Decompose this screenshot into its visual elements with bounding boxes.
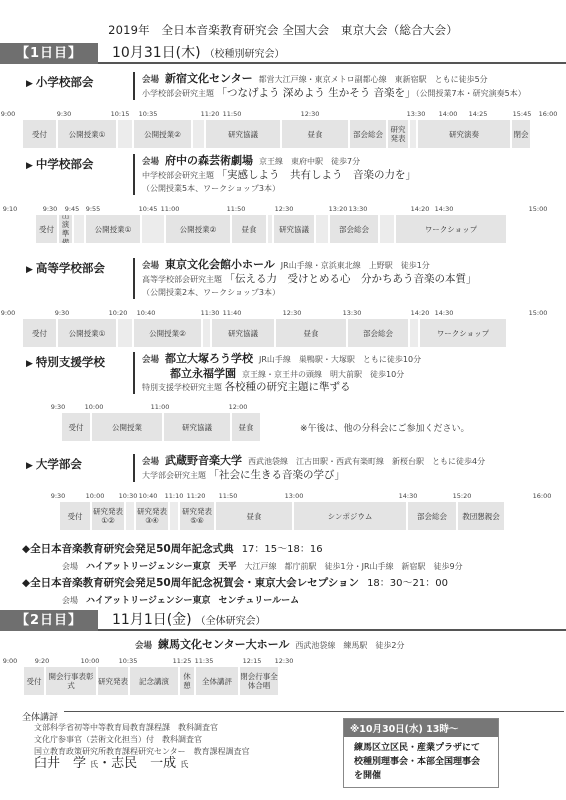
schedule-segment: 部会総会 xyxy=(330,215,380,243)
day2-subtitle: （全体研究会） xyxy=(196,616,266,627)
schedule-segment: 部会総会 xyxy=(350,120,388,148)
time-ticks: 9:009:3010:1510:3511:2011:5012:3013:3014… xyxy=(0,110,566,120)
schedule-gap xyxy=(126,502,136,530)
lecture-title-line: 文部科学省初等中等教育局教育課程課 教科調査官 xyxy=(34,722,250,734)
time-tick: 10:20 xyxy=(109,309,128,317)
time-tick: 10:45 xyxy=(139,205,158,213)
section-info: 会場新宿文化センター都営大江戸線・東京メトロ副都心線 東新宿駅 ともに徒歩5分小… xyxy=(133,72,526,100)
schedule-segment: 昼食 xyxy=(276,319,348,347)
lecture-names: 臼井 学 氏・志民 一成 氏 xyxy=(34,758,250,771)
schedule-segment: 部会総会 xyxy=(348,319,410,347)
theme-text: 各校種の研究主題に準ずる xyxy=(225,381,351,393)
event-reception: ◆全日本音楽教育研究会発足50周年記念祝賀会・東京大会レセプション18：30～2… xyxy=(22,574,552,606)
time-tick: 10:35 xyxy=(119,657,138,665)
schedule-segment: 公開授業① xyxy=(58,120,118,148)
schedule-segment: 公開授業① xyxy=(86,215,142,243)
theme-text: 「社会に生きる音楽の学び」 xyxy=(209,469,346,481)
day1-subtitle: （校種別研究会） xyxy=(205,49,285,60)
time-tick: 15:00 xyxy=(529,309,548,317)
event-title-text: ◆全日本音楽教育研究会発足50周年記念祝賀会・東京大会レセプション xyxy=(22,577,359,589)
schedule-segment: 閉会 xyxy=(512,120,532,148)
venue-name: 府中の森芸術劇場 xyxy=(165,154,253,167)
schedule-gap xyxy=(316,215,330,243)
venue-label: 会場 xyxy=(135,641,152,651)
event-ceremony: ◆全日本音楽教育研究会発足50周年記念式典17：15～18：16 会場 ハイアッ… xyxy=(22,540,552,572)
event-time: 17：15～18：16 xyxy=(242,544,323,555)
section-info: 会場府中の森芸術劇場京王線 東府中駅 徒歩7分中学校部会研究主題 「実感しよう … xyxy=(133,154,416,195)
time-tick: 9:55 xyxy=(86,205,101,213)
schedule-segment: ワークショップ xyxy=(420,319,508,347)
time-tick: 14:30 xyxy=(399,492,418,500)
schedule-track: 受付開会行事表彰式研究発表記念講演休憩全体講評閉会行事全体合唱 xyxy=(0,667,566,695)
schedule-segment: 研究演奏 xyxy=(418,120,512,148)
theme-note: （公開授業2本、ワークショップ3本） xyxy=(142,286,477,299)
venue-label: 会場 xyxy=(142,157,159,167)
section-title: ▶特別支援学校 xyxy=(26,354,105,370)
theme-line: 小学校部会研究主題 「つなげよう 深めよう 生かそう 音楽を」（公開授業7本・研… xyxy=(142,87,526,100)
day2-date-text: 11月1日(金) xyxy=(112,612,192,628)
schedule-gap xyxy=(410,120,418,148)
venue-label: 会場 xyxy=(62,562,78,571)
schedule-segment: 記念講演 xyxy=(130,667,180,695)
lecturer-name: 臼井 学 xyxy=(34,756,86,771)
section-name: 高等学校部会 xyxy=(36,261,105,275)
time-tick: 9:30 xyxy=(51,403,66,411)
schedule-gap xyxy=(142,215,166,243)
theme-text: 「伝える力 受けとめる心 分かちあう音楽の本質」 xyxy=(225,273,477,285)
lecture-heading-row: 全体講評 xyxy=(22,705,562,719)
venue-access: JR山手線・京浜東北線 上野駅 徒歩1分 xyxy=(281,261,430,270)
day1-tag: 【1日目】 xyxy=(0,43,98,64)
venue-line: 会場都立大塚ろう学校JR山手線 巣鴨駅・大塚駅 ともに徒歩10分 xyxy=(142,352,421,367)
theme-label: 高等学校部会研究主題 xyxy=(142,275,222,284)
venue-access: 京王線・京王井の頭線 明大前駅 徒歩10分 xyxy=(242,370,404,379)
schedule-segment: 閉会行事全体合唱 xyxy=(240,667,280,695)
time-tick: 14:00 xyxy=(439,110,458,118)
venue-access: 京王線 東府中駅 徒歩7分 xyxy=(259,157,360,166)
divider xyxy=(98,629,566,631)
time-tick: 11:50 xyxy=(219,492,238,500)
schedule-segment: 研究発表 xyxy=(388,120,410,148)
schedule-segment: 公開授業② xyxy=(166,215,232,243)
time-tick: 9:30 xyxy=(57,110,72,118)
day2-tag: 【2日目】 xyxy=(0,610,98,631)
schedule-segment: 研究協議 xyxy=(206,120,282,148)
theme-line: 高等学校部会研究主題 「伝える力 受けとめる心 分かちあう音楽の本質」 xyxy=(142,273,477,286)
schedule-gap xyxy=(380,215,396,243)
venue-name: 都立永福学園 xyxy=(170,367,236,380)
section-note: ※午後は、他の分科会にご参加ください。 xyxy=(300,421,470,434)
schedule-segment: 研究発表③④ xyxy=(136,502,170,530)
theme-text: 「実感しよう 共有しよう 音楽の力を」 xyxy=(217,169,417,181)
venue-label: 会場 xyxy=(142,75,159,85)
schedule-track: 受付公開授業①公開授業②研究協議昼食部会総会研究発表研究演奏閉会 xyxy=(0,120,566,148)
time-tick: 12:15 xyxy=(243,657,262,665)
time-tick: 13:30 xyxy=(407,110,426,118)
schedule-segment: 受付 xyxy=(24,667,46,695)
time-tick: 10:00 xyxy=(86,492,105,500)
schedule-track: 受付公開授業研究協議昼食 xyxy=(0,413,566,441)
time-tick: 14:20 xyxy=(411,205,430,213)
schedule-segment: 公開授業① xyxy=(58,319,118,347)
time-tick: 10:35 xyxy=(139,110,158,118)
time-tick: 9:20 xyxy=(35,657,50,665)
notice-line: 練馬区立区民・産業プラザにて xyxy=(354,741,488,755)
event-venue: 会場 ハイアットリージェンシー東京 センチュリールーム xyxy=(62,593,552,606)
schedule-segment: 開会行事表彰式 xyxy=(46,667,98,695)
schedule-segment: 昼食 xyxy=(232,413,262,441)
theme-label: 中学校部会研究主題 xyxy=(142,171,214,180)
venue-room: 天平 xyxy=(219,562,237,572)
venue-name: 東京文化会館小ホール xyxy=(165,258,275,271)
schedule-segment: 研究協議 xyxy=(164,413,232,441)
venue-name: 武蔵野音楽大学 xyxy=(165,454,242,467)
venue-access: JR山手線 巣鴨駅・大塚駅 ともに徒歩10分 xyxy=(259,355,421,364)
time-tick: 13:30 xyxy=(349,205,368,213)
venue-label: 会場 xyxy=(142,261,159,271)
schedule-segment: 受付 xyxy=(23,120,58,148)
time-tick: 14:30 xyxy=(435,309,454,317)
event-title: ◆全日本音楽教育研究会発足50周年記念式典17：15～18：16 xyxy=(22,540,552,556)
venue-access: 西武池袋線 練馬駅 徒歩2分 xyxy=(295,641,404,650)
divider xyxy=(98,62,566,64)
day1-date-text: 10月31日(木) xyxy=(112,45,201,61)
separator: ・ xyxy=(98,756,111,771)
section-title: ▶中学校部会 xyxy=(26,156,93,172)
section-name: 特別支援学校 xyxy=(36,355,105,369)
time-tick: 11:10 xyxy=(165,492,184,500)
theme-note: （公開授業5本、ワークショップ3本） xyxy=(142,182,416,195)
time-tick: 16:00 xyxy=(533,492,552,500)
schedule-segment: 受付 xyxy=(60,502,92,530)
time-tick: 9:45 xyxy=(65,205,80,213)
venue-line: 会場武蔵野音楽大学西武池袋線 江古田駅・西武有楽町線 新桜台駅 ともに徒歩4分 xyxy=(142,454,485,469)
time-tick: 11:20 xyxy=(187,492,206,500)
venue-access: 西武池袋線 江古田駅・西武有楽町線 新桜台駅 ともに徒歩4分 xyxy=(248,457,485,466)
time-tick: 11:00 xyxy=(161,205,180,213)
notice-box: ※10月30日(水) 13時～ 練馬区立区民・産業プラザにて 校種別理事会・本部… xyxy=(343,718,499,788)
triangle-icon: ▶ xyxy=(26,265,33,275)
time-tick: 9:00 xyxy=(3,657,18,665)
triangle-icon: ▶ xyxy=(26,161,33,171)
time-tick: 10:40 xyxy=(139,492,158,500)
venue-name: 練馬文化センター大ホール xyxy=(158,638,289,651)
schedule-segment: 教団懇親会 xyxy=(458,502,506,530)
triangle-icon: ▶ xyxy=(26,79,33,89)
venue-room: センチュリールーム xyxy=(219,596,300,606)
time-tick: 10:30 xyxy=(119,492,138,500)
venue-line: 会場新宿文化センター都営大江戸線・東京メトロ副都心線 東新宿駅 ともに徒歩5分 xyxy=(142,72,526,87)
schedule-gap xyxy=(118,319,134,347)
theme-label: 小学校部会研究主題 xyxy=(142,89,214,98)
schedule-segment: 研究協議 xyxy=(212,319,276,347)
time-tick: 12:30 xyxy=(283,309,302,317)
schedule-segment: 公開授業 xyxy=(92,413,164,441)
time-ticks: 9:009:3010:2010:4011:3011:4012:3013:3014… xyxy=(0,309,566,319)
time-tick: 10:15 xyxy=(111,110,130,118)
schedule-gap xyxy=(74,215,86,243)
section-title: ▶高等学校部会 xyxy=(26,260,105,276)
schedule-segment: 公開授業② xyxy=(134,319,203,347)
time-tick: 12:30 xyxy=(301,110,320,118)
time-tick: 9:30 xyxy=(43,205,58,213)
theme-label: 大学部会研究主題 xyxy=(142,471,206,480)
schedule-segment: 研究発表⑤⑥ xyxy=(180,502,216,530)
lecture-title-line: 文化庁参事官（芸術文化担当）付 教科調査官 xyxy=(34,734,250,746)
time-ticks: 9:3010:0011:0012:00 xyxy=(0,403,566,413)
time-tick: 11:35 xyxy=(195,657,214,665)
time-tick: 10:40 xyxy=(137,309,156,317)
event-title: ◆全日本音楽教育研究会発足50周年記念祝賀会・東京大会レセプション18：30～2… xyxy=(22,574,552,590)
time-tick: 11:50 xyxy=(223,110,242,118)
venue-name: 新宿文化センター xyxy=(165,72,253,85)
time-tick: 13:00 xyxy=(285,492,304,500)
schedule-segment: シンポジウム xyxy=(294,502,408,530)
time-tick: 14:30 xyxy=(435,205,454,213)
theme-text: 「つなげよう 深めよう 生かそう 音楽を」 xyxy=(217,87,416,99)
section-name: 小学校部会 xyxy=(36,75,94,89)
time-tick: 9:30 xyxy=(51,492,66,500)
venue-label: 会場 xyxy=(62,596,78,605)
schedule-segment: 昼食 xyxy=(282,120,350,148)
time-tick: 11:50 xyxy=(227,205,246,213)
time-tick: 10:00 xyxy=(85,403,104,411)
section-title: ▶小学校部会 xyxy=(26,74,93,90)
section-info: 会場東京文化会館小ホールJR山手線・京浜東北線 上野駅 徒歩1分高等学校部会研究… xyxy=(133,258,477,299)
time-tick: 15:00 xyxy=(529,205,548,213)
schedule-segment: 公開授業② xyxy=(134,120,193,148)
notice-line: 校種別理事会・本部全国理事会を開催 xyxy=(354,755,488,783)
schedule-segment: 研究協議 xyxy=(274,215,316,243)
time-tick: 11:00 xyxy=(151,403,170,411)
venue-name: ハイアットリージェンシー東京 xyxy=(86,562,211,572)
triangle-icon: ▶ xyxy=(26,461,33,471)
time-tick: 12:30 xyxy=(275,657,294,665)
honorific: 氏 xyxy=(180,760,188,769)
lecturer-name: 志民 一成 xyxy=(111,756,176,771)
schedule-gap xyxy=(118,120,134,148)
schedule-segment: 研究発表 xyxy=(98,667,130,695)
event-time: 18：30～21：00 xyxy=(367,578,448,589)
time-tick: 9:00 xyxy=(1,309,16,317)
schedule-segment: ワークショップ xyxy=(396,215,508,243)
venue-access: 大江戸線 都庁前駅 徒歩1分・JR山手線 新宿駅 徒歩9分 xyxy=(245,562,463,571)
venue-line: 会場府中の森芸術劇場京王線 東府中駅 徒歩7分 xyxy=(142,154,416,169)
theme-line: 特別支援学校研究主題 各校種の研究主題に準ずる xyxy=(142,381,421,394)
schedule-track: 受付公開授業①公開授業②研究協議昼食部会総会ワークショップ xyxy=(0,319,566,347)
time-tick: 15:45 xyxy=(513,110,532,118)
schedule-segment: 部会総会 xyxy=(408,502,458,530)
section-name: 大学部会 xyxy=(36,457,82,471)
schedule-segment: 出演準備 xyxy=(59,215,74,243)
time-tick: 12:30 xyxy=(275,205,294,213)
time-tick: 14:20 xyxy=(411,309,430,317)
schedule-segment: 受付 xyxy=(62,413,92,441)
schedule-track: 受付出演準備公開授業①公開授業②昼食研究協議部会総会ワークショップ xyxy=(0,215,566,243)
time-tick: 9:10 xyxy=(3,205,18,213)
time-tick: 13:30 xyxy=(343,309,362,317)
day2-date: 11月1日(金)（全体研究会） xyxy=(112,610,266,631)
venue-line-2: 都立永福学園京王線・京王井の頭線 明大前駅 徒歩10分 xyxy=(142,367,421,381)
time-tick: 9:30 xyxy=(55,309,70,317)
venue-access: 都営大江戸線・東京メトロ副都心線 東新宿駅 ともに徒歩5分 xyxy=(259,75,488,84)
day1-date: 10月31日(木)（校種別研究会） xyxy=(112,43,285,64)
time-tick: 14:25 xyxy=(469,110,488,118)
section-name: 中学校部会 xyxy=(36,157,94,171)
time-tick: 12:00 xyxy=(229,403,248,411)
schedule-track: 受付研究発表①②研究発表③④研究発表⑤⑥昼食シンポジウム部会総会教団懇親会 xyxy=(0,502,566,530)
schedule-segment: 全体講評 xyxy=(196,667,240,695)
time-tick: 10:00 xyxy=(81,657,100,665)
day1-header: 【1日目】 10月31日(木)（校種別研究会） xyxy=(0,43,566,64)
day2-venue: 会場練馬文化センター大ホール西武池袋線 練馬駅 徒歩2分 xyxy=(128,638,404,653)
schedule-gap xyxy=(203,319,212,347)
section-info: 会場都立大塚ろう学校JR山手線 巣鴨駅・大塚駅 ともに徒歩10分都立永福学園京王… xyxy=(133,352,421,394)
notice-heading: ※10月30日(水) 13時～ xyxy=(344,719,498,737)
schedule-gap xyxy=(410,319,420,347)
section-info: 会場武蔵野音楽大学西武池袋線 江古田駅・西武有楽町線 新桜台駅 ともに徒歩4分大… xyxy=(133,454,485,482)
schedule-segment: 受付 xyxy=(23,319,58,347)
schedule-segment: 昼食 xyxy=(232,215,268,243)
schedule-gap xyxy=(193,120,206,148)
event-title-text: ◆全日本音楽教育研究会発足50周年記念式典 xyxy=(22,543,234,555)
venue-name: 都立大塚ろう学校 xyxy=(165,352,253,365)
time-tick: 15:20 xyxy=(453,492,472,500)
venue-label: 会場 xyxy=(142,355,159,365)
theme-line: 中学校部会研究主題 「実感しよう 共有しよう 音楽の力を」 xyxy=(142,169,416,182)
time-tick: 11:40 xyxy=(223,309,242,317)
lecture-titles: 文部科学省初等中等教育局教育課程課 教科調査官 文化庁参事官（芸術文化担当）付 … xyxy=(34,722,250,771)
schedule-gap xyxy=(170,502,180,530)
page-title: 2019年 全日本音楽教育研究会 全国大会 東京大会（総合大会） xyxy=(0,22,566,38)
theme-label: 特別支援学校研究主題 xyxy=(142,383,222,392)
time-ticks: 9:109:309:459:5510:4511:0011:5012:3013:2… xyxy=(0,205,566,215)
divider xyxy=(64,711,564,712)
triangle-icon: ▶ xyxy=(26,359,33,369)
time-ticks: 9:3010:0010:3010:4011:1011:2011:5013:001… xyxy=(0,492,566,502)
venue-label: 会場 xyxy=(142,457,159,467)
day2-header: 【2日目】 11月1日(金)（全体研究会） xyxy=(0,610,566,631)
time-tick: 11:20 xyxy=(201,110,220,118)
section-title: ▶大学部会 xyxy=(26,456,82,472)
venue-name: ハイアットリージェンシー東京 xyxy=(86,596,211,606)
time-tick: 13:20 xyxy=(329,205,348,213)
time-ticks: 9:009:2010:0010:3511:2511:3512:1512:30 xyxy=(0,657,566,667)
venue-line: 会場東京文化会館小ホールJR山手線・京浜東北線 上野駅 徒歩1分 xyxy=(142,258,477,273)
schedule-segment: 受付 xyxy=(36,215,59,243)
notice-body: 練馬区立区民・産業プラザにて 校種別理事会・本部全国理事会を開催 xyxy=(344,737,498,787)
theme-note: （公開授業7本・研究演奏5本） xyxy=(416,89,526,98)
honorific: 氏 xyxy=(90,760,98,769)
time-tick: 9:00 xyxy=(1,110,16,118)
time-tick: 11:25 xyxy=(173,657,192,665)
theme-line: 大学部会研究主題 「社会に生きる音楽の学び」 xyxy=(142,469,485,482)
schedule-segment: 昼食 xyxy=(216,502,294,530)
event-venue: 会場 ハイアットリージェンシー東京 天平 大江戸線 都庁前駅 徒歩1分・JR山手… xyxy=(62,559,552,572)
schedule-segment: 研究発表①② xyxy=(92,502,126,530)
time-tick: 16:00 xyxy=(539,110,558,118)
schedule-segment: 休憩 xyxy=(180,667,196,695)
time-tick: 11:30 xyxy=(201,309,220,317)
